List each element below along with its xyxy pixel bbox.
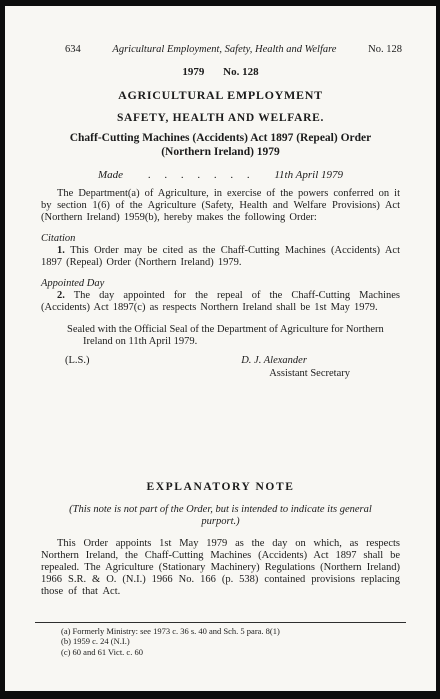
order-title-line1: Chaff-Cutting Machines (Accidents) Act 1… — [5, 132, 436, 146]
article-2-text: The day appointed for the repeal of the … — [41, 290, 400, 313]
page-number: 634 — [65, 44, 81, 55]
scanned-page: 634 Agricultural Employment, Safety, Hea… — [5, 6, 436, 691]
article-2-number: 2. — [57, 290, 65, 301]
dot-leaders: . . . . . . . — [123, 169, 274, 181]
subject-heading: AGRICULTURAL EMPLOYMENT — [5, 88, 436, 103]
made-line: Made . . . . . . . 11th April 1979 — [98, 169, 343, 181]
explanatory-note-caption: (This note is not part of the Order, but… — [61, 504, 381, 528]
signatory-name: D. J. Alexander — [241, 355, 350, 366]
signatory-title: Assistant Secretary — [241, 368, 350, 379]
order-title-line2: (Northern Ireland) 1979 — [5, 146, 436, 160]
running-head: 634 Agricultural Employment, Safety, Hea… — [41, 44, 402, 55]
seal-mark: (L.S.) — [41, 355, 90, 379]
made-date: 11th April 1979 — [274, 169, 343, 181]
docket-year: 1979 — [182, 66, 204, 78]
signatory: D. J. Alexander Assistant Secretary — [241, 355, 400, 379]
explanatory-note-heading: EXPLANATORY NOTE — [5, 481, 436, 493]
docket-number: No. 128 — [223, 66, 258, 78]
preamble-paragraph: The Department(a) of Agriculture, in exe… — [41, 188, 400, 224]
explanatory-note-body: This Order appoints 1st May 1979 as the … — [41, 538, 400, 598]
sealing-clause: Sealed with the Official Seal of the Dep… — [41, 324, 400, 348]
issue-number: No. 128 — [368, 44, 402, 55]
footnotes: (a) Formerly Ministry: see 1973 c. 36 s.… — [35, 622, 406, 658]
footnote-c: (c) 60 and 61 Vict. c. 60 — [35, 647, 406, 658]
explanatory-note: EXPLANATORY NOTE (This note is not part … — [5, 481, 436, 598]
footnote-a: (a) Formerly Ministry: see 1973 c. 36 s.… — [35, 626, 406, 637]
article-2: 2. The day appointed for the repeal of t… — [41, 290, 400, 314]
appointed-day-heading: Appointed Day — [41, 278, 400, 289]
citation-heading: Citation — [41, 233, 400, 244]
article-1: 1. This Order may be cited as the Chaff-… — [41, 245, 400, 269]
made-label: Made — [98, 169, 123, 181]
article-1-number: 1. — [57, 245, 65, 256]
footnote-b: (b) 1959 c. 24 (N.I.) — [35, 636, 406, 647]
order-title: Chaff-Cutting Machines (Accidents) Act 1… — [5, 132, 436, 159]
signature-block: (L.S.) D. J. Alexander Assistant Secreta… — [41, 355, 400, 379]
docket-line: 1979 No. 128 — [5, 66, 436, 78]
category-heading: SAFETY, HEALTH AND WELFARE. — [5, 112, 436, 124]
article-1-text: This Order may be cited as the Chaff-Cut… — [41, 245, 400, 268]
running-head-title: Agricultural Employment, Safety, Health … — [112, 44, 336, 55]
